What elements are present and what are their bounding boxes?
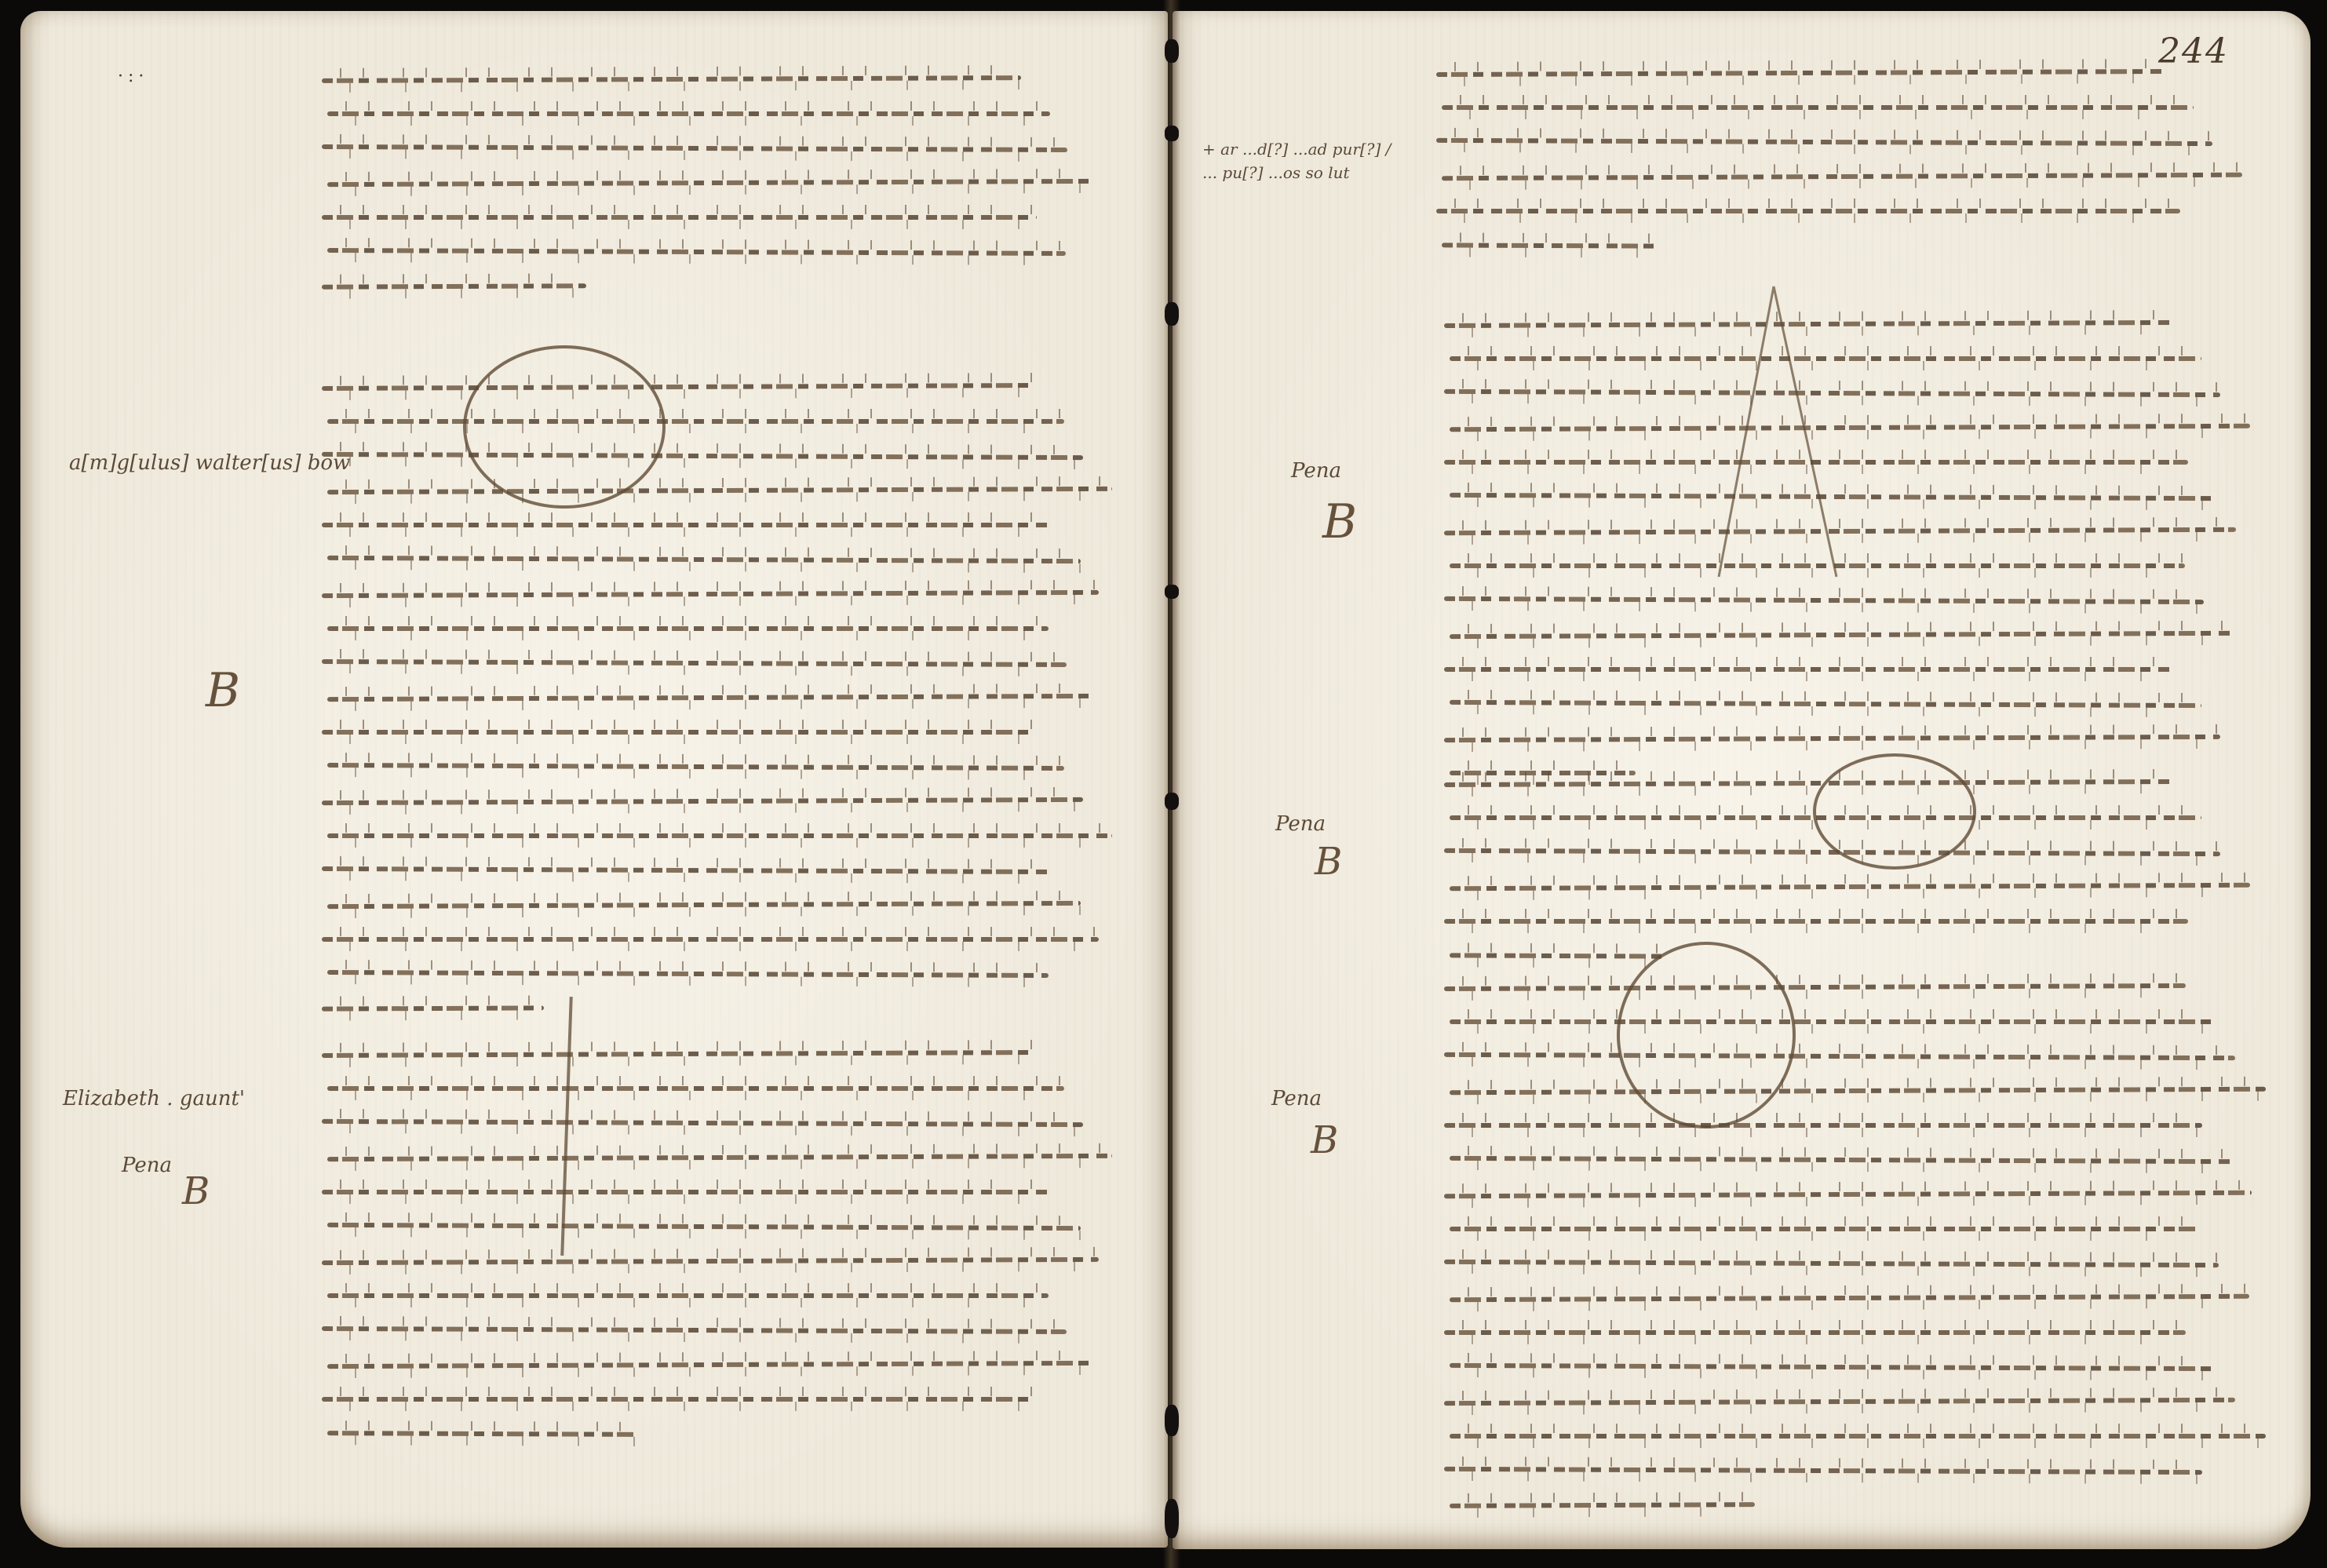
margin-mark-b: B (182, 1169, 210, 1213)
handwritten-line (1444, 1260, 2219, 1267)
handwritten-line (1436, 138, 2212, 146)
paragraph: Mag[ister] ... Johannes ... gaunt ... La… (322, 1044, 1114, 1436)
margin-note-pena: Pena (122, 1154, 172, 1177)
handwritten-line (327, 419, 1064, 424)
handwritten-line (1442, 105, 2194, 110)
handwritten-line (322, 1326, 1067, 1334)
binding-stitch (1165, 793, 1179, 810)
margin-note: + ar ...d[?] ...ad pur[?] / ... pu[?] ..… (1202, 137, 1399, 184)
handwritten-line (322, 797, 1083, 805)
handwritten-line (327, 1086, 1064, 1091)
handwritten-line (327, 248, 1066, 256)
handwritten-line (322, 1257, 1099, 1265)
handwritten-line (322, 590, 1099, 598)
binding-stitch (1165, 1405, 1179, 1436)
paragraph: Johannes ... Rolandus ... (322, 69, 1099, 289)
book-spine (1163, 0, 1180, 1568)
handwritten-line (327, 833, 1112, 838)
margin-note-pena: Pena (1291, 459, 1341, 483)
margin-note: Elizabeth . gaunt' (63, 1087, 245, 1110)
handwritten-line (1444, 735, 2220, 742)
handwritten-line (1450, 883, 2250, 891)
handwritten-line (327, 901, 1081, 909)
handwritten-line (322, 523, 1051, 527)
handwritten-line (1444, 667, 2172, 672)
handwritten-line (327, 111, 1050, 116)
handwritten-line (327, 179, 1096, 187)
handwritten-line (1450, 1156, 2233, 1164)
handwritten-line (322, 659, 1067, 667)
circle-annotation (1813, 753, 1976, 870)
handwritten-line (322, 283, 586, 289)
handwritten-line (322, 452, 1083, 460)
handwritten-line (1436, 209, 2180, 213)
handwritten-line (327, 1223, 1081, 1231)
ink-spots: ·:· (118, 67, 148, 86)
handwritten-line (1444, 779, 2172, 787)
handwritten-line (1444, 1052, 2235, 1060)
handwritten-line (322, 1050, 1035, 1058)
margin-mark-b: B (1315, 840, 1342, 884)
handwritten-line (1450, 1363, 2216, 1371)
handwritten-line (327, 487, 1112, 494)
handwritten-line (1450, 700, 2201, 708)
handwritten-line (327, 1431, 636, 1437)
handwritten-line (1442, 173, 2242, 181)
handwritten-line (1450, 424, 2250, 432)
paragraph: ... supponiment[ur] ... Roger[us] ... (1436, 63, 2245, 248)
handwritten-line (327, 694, 1096, 702)
handwritten-line (327, 970, 1049, 978)
handwritten-line (322, 1005, 544, 1011)
handwritten-line (327, 626, 1049, 631)
handwritten-line (1444, 1123, 2202, 1128)
handwritten-line (1444, 919, 2188, 924)
binding-stitch (1165, 1499, 1179, 1538)
binding-stitch (1165, 302, 1179, 326)
handwritten-line (1450, 1502, 1755, 1508)
handwritten-line (322, 866, 1051, 874)
binding-stitch (1165, 126, 1179, 141)
handwritten-line (322, 215, 1037, 220)
handwritten-line (322, 1119, 1083, 1127)
handwritten-line (322, 730, 1035, 735)
circle-annotation (463, 345, 666, 509)
margin-note: a[m]g[ulus] walter[us] bow (69, 451, 350, 475)
handwritten-line (1450, 1087, 2266, 1096)
paragraph: De Elizabeth ... gaunt ... (1444, 977, 2268, 1508)
handwritten-line (1436, 69, 2164, 77)
margin-note-pena: Pena (1275, 812, 1326, 836)
handwritten-line (327, 1293, 1049, 1298)
margin-mark-b: B (1311, 1118, 1338, 1162)
handwritten-line (1442, 242, 1660, 248)
margin-note-pena: Pena (1271, 1087, 1322, 1110)
handwritten-line (1450, 1434, 2266, 1439)
handwritten-line (327, 763, 1064, 771)
handwritten-line (322, 1397, 1035, 1402)
handwritten-line (1450, 1294, 2249, 1302)
paragraph: Indent[ura] ... Johannes Wolcott ... Wil… (322, 377, 1114, 1011)
handwritten-line (1450, 1227, 2200, 1231)
margin-mark-b: B (206, 663, 240, 718)
handwritten-line (1444, 1191, 2252, 1198)
handwritten-line (322, 144, 1067, 152)
handwritten-line (1450, 953, 1668, 958)
handwritten-line (1444, 983, 2186, 991)
triangle-annotation (1711, 283, 1844, 581)
handwritten-line (327, 1361, 1096, 1369)
handwritten-line (327, 556, 1081, 563)
handwritten-line (1444, 596, 2204, 604)
binding-stitch (1165, 39, 1179, 63)
handwritten-line (1444, 1467, 2202, 1475)
binding-stitch (1165, 585, 1179, 599)
handwritten-line (322, 937, 1099, 942)
handwritten-line (1444, 1330, 2186, 1335)
handwritten-line (1450, 631, 2234, 639)
handwritten-line (322, 1190, 1051, 1194)
handwritten-line (327, 1154, 1112, 1161)
handwritten-line (1444, 1398, 2235, 1406)
margin-mark-b: B (1322, 494, 1357, 549)
handwritten-line (322, 383, 1035, 391)
handwritten-line (1450, 1019, 2216, 1024)
paragraph: Johannes Lambert ... gaunt ... Johannes … (1444, 314, 2252, 775)
circle-annotation (1617, 942, 1796, 1129)
handwritten-line (322, 75, 1021, 83)
